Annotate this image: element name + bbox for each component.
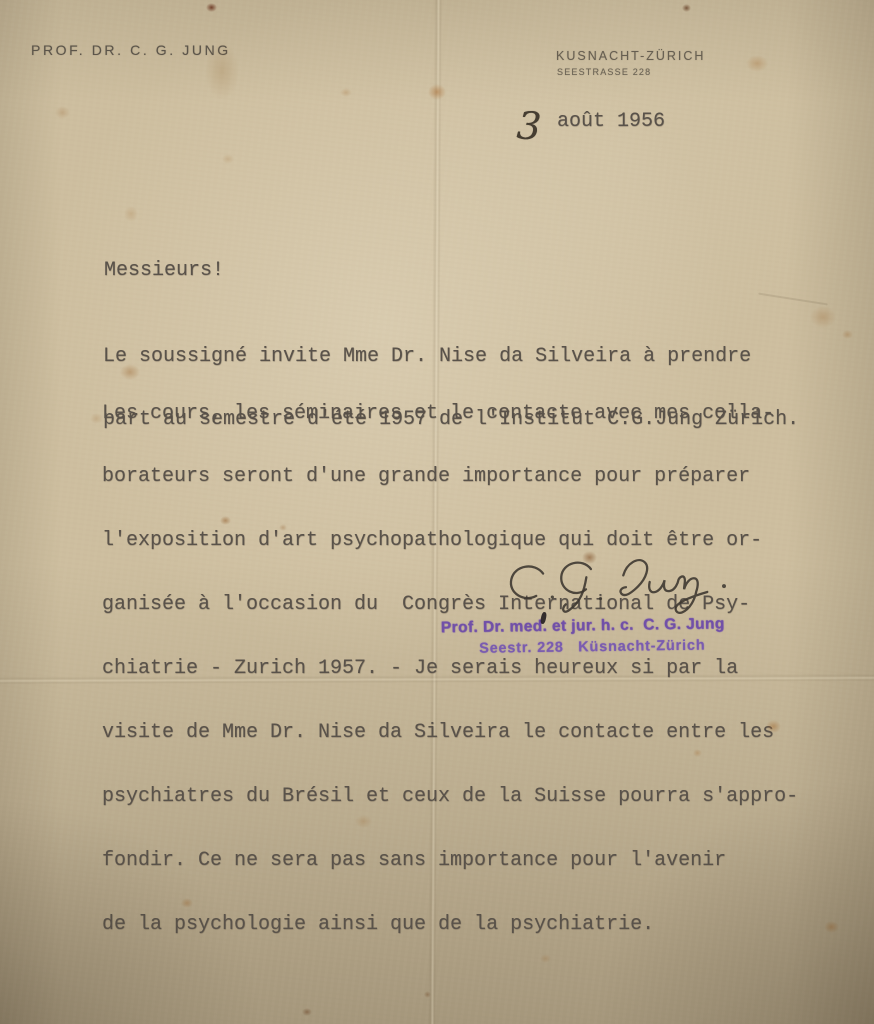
body-line: de la psychologie ainsi que de la psychi…	[102, 914, 798, 935]
stamp-line-1: Prof. Dr. med. et jur. h. c. C. G. Jung	[441, 615, 771, 638]
body-line: psychiatres du Brésil et ceux de la Suis…	[102, 786, 798, 807]
letterhead-city: KUSNACHT-ZÜRICH	[556, 49, 705, 63]
letter-photo: Prof. Dr. C. G. Jung KUSNACHT-ZÜRICH SEE…	[0, 0, 874, 1024]
body-line: visite de Mme Dr. Nise da Silveira le co…	[102, 722, 798, 743]
body-line: Les cours, les séminaires et le contacte…	[102, 403, 798, 424]
date-day-handwritten: 3	[515, 103, 542, 149]
date-typed: août 1956	[557, 111, 665, 132]
signature-stamp: Prof. Dr. med. et jur. h. c. C. G. Jung …	[441, 615, 771, 658]
letterhead-street: SEESTRASSE 228	[557, 67, 651, 77]
body-line: chiatrie - Zurich 1957. - Je serais heur…	[102, 658, 798, 679]
body-line: fondir. Ce ne sera pas sans importance p…	[102, 850, 798, 871]
letterhead-name: Prof. Dr. C. G. Jung	[31, 42, 231, 58]
paragraph-2: Les cours, les séminaires et le contacte…	[102, 360, 798, 978]
salutation: Messieurs!	[104, 260, 224, 281]
body-line: borateurs seront d'une grande importance…	[102, 466, 798, 487]
